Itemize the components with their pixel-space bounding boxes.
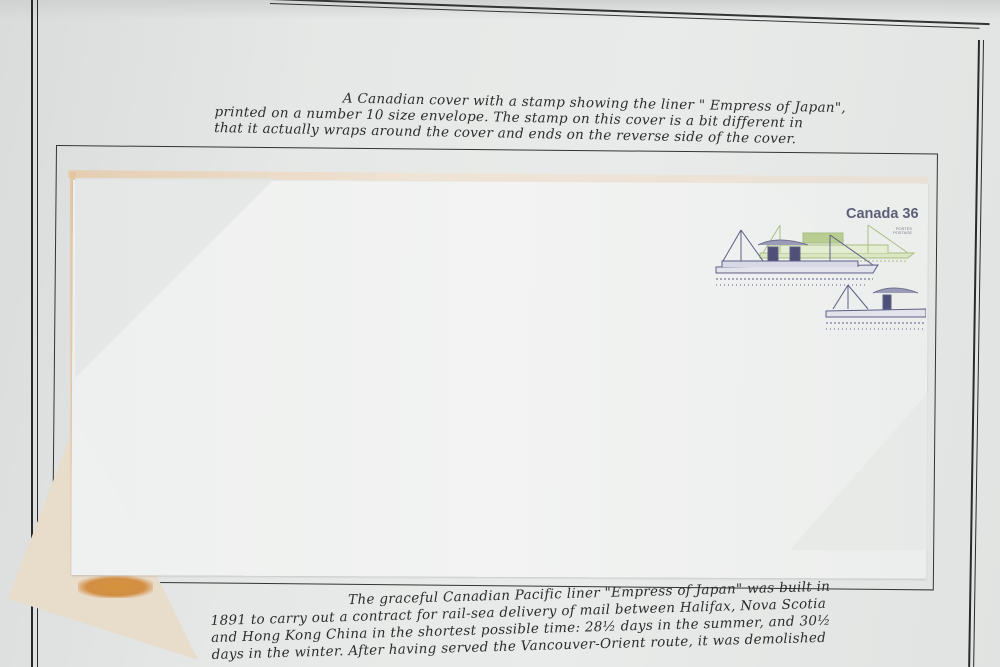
ship-icon [708,195,926,335]
caption-top: A Canadian cover with a stamp showing th… [214,88,846,148]
adhesive-stain [78,576,153,598]
mount-corner-top-left [75,178,275,378]
caption-bottom: The graceful Canadian Pacific liner "Emp… [210,579,832,664]
printed-stamp: Canada 36 POSTES POSTAGE [708,195,926,335]
ship-illustration [708,195,926,335]
